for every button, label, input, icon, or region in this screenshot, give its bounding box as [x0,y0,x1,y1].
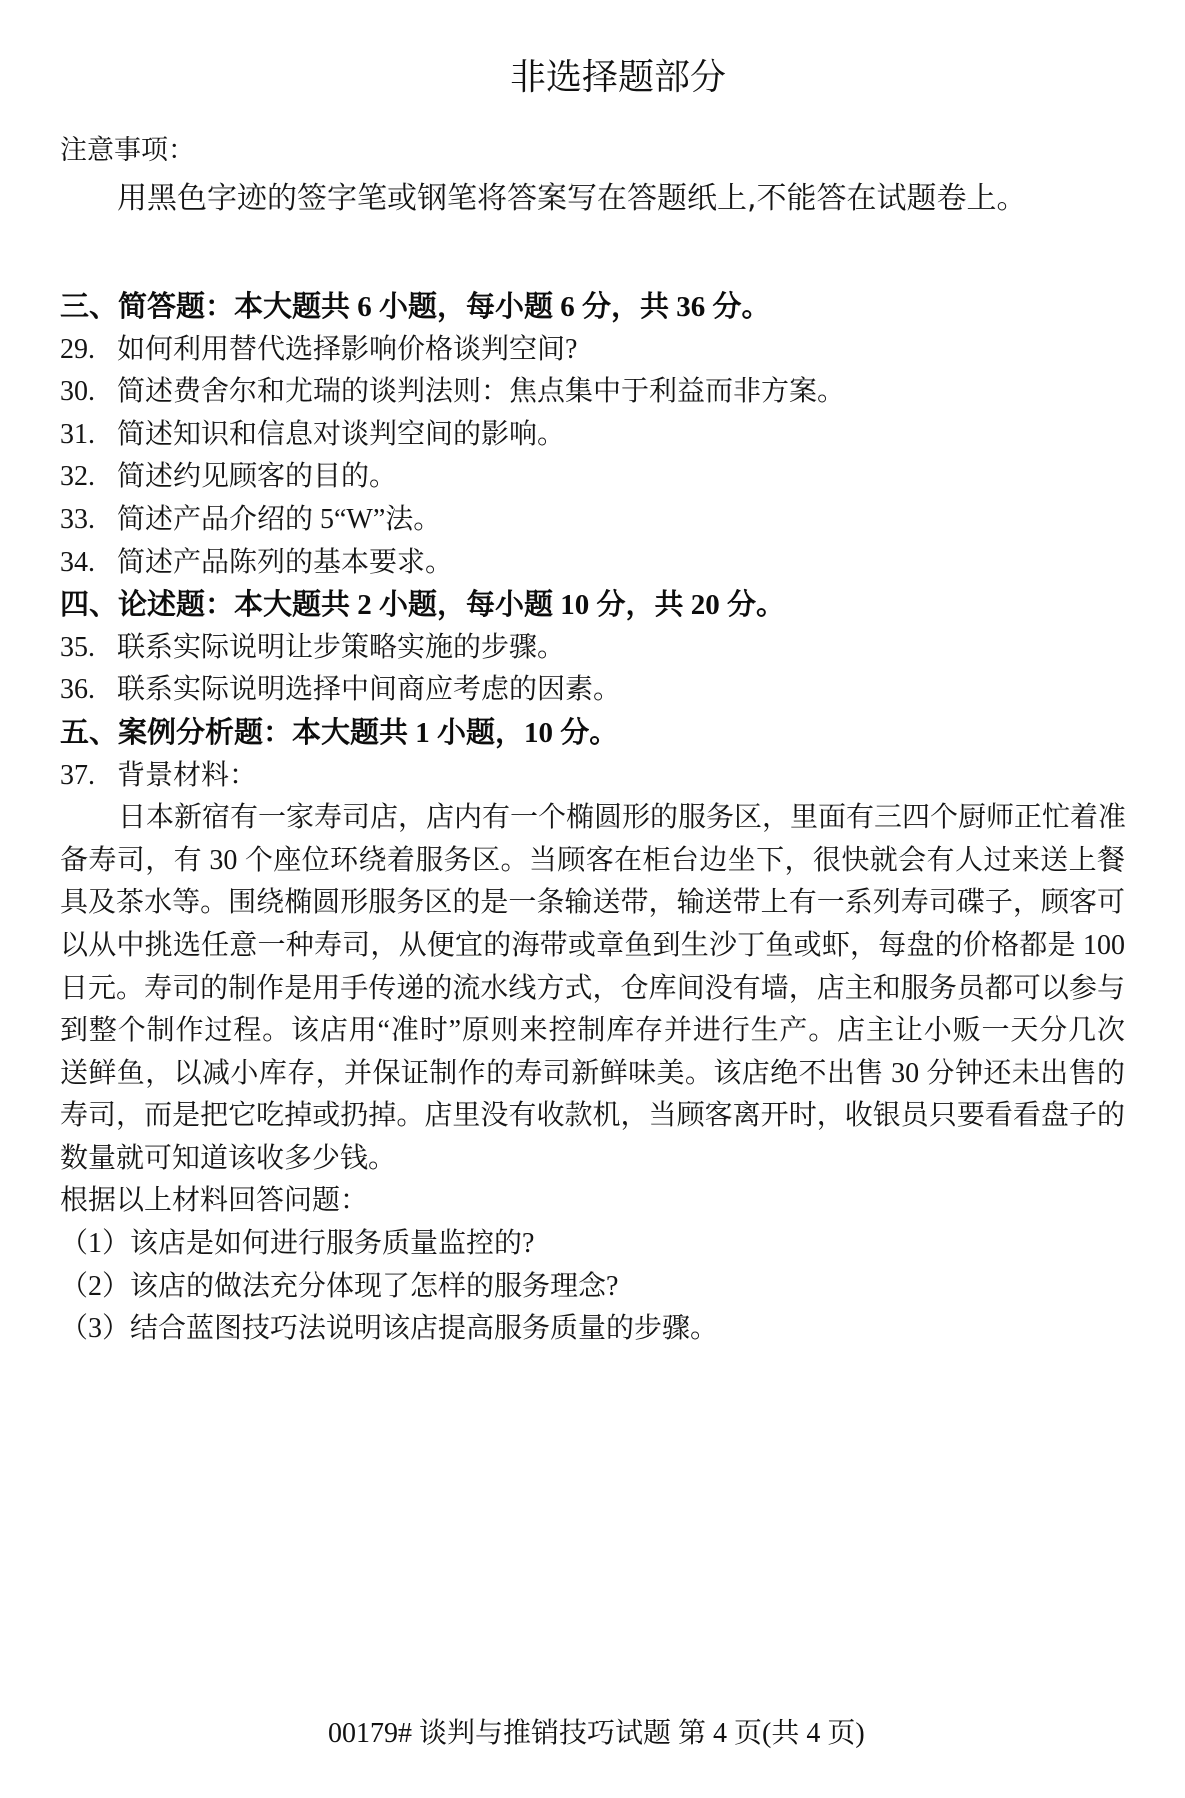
question-29: 29.如何利用替代选择影响价格谈判空间? [60,329,1125,372]
sub-question-3: （3）结合蓝图技巧法说明该店提高服务质量的步骤。 [60,1308,1125,1351]
question-number: 31. [60,414,117,457]
case-line: 数量就可知道该收多少钱。 [60,1138,1125,1181]
question-31: 31.简述知识和信息对谈判空间的影响。 [60,414,1125,457]
sub-question-label: （1） [60,1228,130,1259]
question-number: 35. [60,627,117,670]
question-number: 29. [60,329,117,372]
question-37: 37.背景材料： [60,755,1125,798]
sub-question-text: 该店是如何进行服务质量监控的? [130,1228,534,1259]
notice-text: 用黑色字迹的签字笔或钢笔将答案写在答题纸上,不能答在试题卷上。 [60,175,1125,223]
case-line: 日元。寿司的制作是用手传递的流水线方式，仓库间没有墙，店主和服务员都可以参与 [60,968,1125,1011]
question-35: 35.联系实际说明让步策略实施的步骤。 [60,627,1125,670]
question-number: 36. [60,669,117,712]
case-line: 寿司，而是把它吃掉或扔掉。店里没有收款机，当顾客离开时，收银员只要看看盘子的 [60,1095,1125,1138]
page-title: 非选择题部分 [510,58,726,98]
case-line: 备寿司，有 30 个座位环绕着服务区。当顾客在柜台边坐下，很快就会有人过来送上餐 [60,840,1125,883]
question-text: 简述费舍尔和尤瑞的谈判法则：焦点集中于利益而非方案。 [117,376,845,407]
question-text: 背景材料： [117,760,257,791]
case-line: 以从中挑选任意一种寿司，从便宜的海带或章鱼到生沙丁鱼或虾，每盘的价格都是 100 [60,925,1125,968]
question-33: 33.简述产品介绍的 5“W”法。 [60,499,1125,542]
sub-question-text: 该店的做法充分体现了怎样的服务理念? [130,1271,618,1302]
question-text: 简述产品陈列的基本要求。 [117,547,453,578]
notice-heading: 注意事项： [60,127,1125,175]
case-line: 到整个制作过程。该店用“准时”原则来控制库存并进行生产。店主让小贩一天分几次 [60,1010,1125,1053]
question-text: 简述产品介绍的 5“W”法。 [117,504,441,535]
sub-question-2: （2）该店的做法充分体现了怎样的服务理念? [60,1266,1125,1309]
question-text: 简述约见顾客的目的。 [117,461,397,492]
questions-body: 三、简答题：本大题共 6 小题，每小题 6 分，共 36 分。 29.如何利用替… [60,286,1125,1351]
notice-block: 注意事项： 用黑色字迹的签字笔或钢笔将答案写在答题纸上,不能答在试题卷上。 [60,127,1125,223]
case-line: 日本新宿有一家寿司店，店内有一个椭圆形的服务区，里面有三四个厨师正忙着准 [60,797,1125,840]
sub-question-1: （1）该店是如何进行服务质量监控的? [60,1223,1125,1266]
question-34: 34.简述产品陈列的基本要求。 [60,542,1125,585]
sub-question-label: （3） [60,1313,130,1344]
question-32: 32.简述约见顾客的目的。 [60,456,1125,499]
sub-question-text: 结合蓝图技巧法说明该店提高服务质量的步骤。 [130,1313,718,1344]
case-paragraph: 日本新宿有一家寿司店，店内有一个椭圆形的服务区，里面有三四个厨师正忙着准 备寿司… [60,797,1125,1180]
page-footer: 00179# 谈判与推销技巧试题 第 4 页(共 4 页) [328,1714,865,1754]
section-heading-essay: 四、论述题：本大题共 2 小题，每小题 10 分，共 20 分。 [60,584,1125,627]
sub-question-label: （2） [60,1271,130,1302]
question-text: 如何利用替代选择影响价格谈判空间? [117,334,577,365]
question-number: 30. [60,371,117,414]
question-number: 32. [60,456,117,499]
question-number: 33. [60,499,117,542]
exam-page: 非选择题部分 注意事项： 用黑色字迹的签字笔或钢笔将答案写在答题纸上,不能答在试… [0,0,1185,1798]
case-line: 具及茶水等。围绕椭圆形服务区的是一条输送带，输送带上有一系列寿司碟子，顾客可 [60,882,1125,925]
question-text: 简述知识和信息对谈判空间的影响。 [117,419,565,450]
question-number: 34. [60,542,117,585]
question-30: 30.简述费舍尔和尤瑞的谈判法则：焦点集中于利益而非方案。 [60,371,1125,414]
section-heading-short-answer: 三、简答题：本大题共 6 小题，每小题 6 分，共 36 分。 [60,286,1125,329]
question-36: 36.联系实际说明选择中间商应考虑的因素。 [60,669,1125,712]
section-heading-case-analysis: 五、案例分析题：本大题共 1 小题，10 分。 [60,712,1125,755]
question-number: 37. [60,755,117,798]
question-text: 联系实际说明选择中间商应考虑的因素。 [117,674,621,705]
question-text: 联系实际说明让步策略实施的步骤。 [117,632,565,663]
case-prompt: 根据以上材料回答问题： [60,1180,1125,1223]
case-line: 送鲜鱼，以减小库存，并保证制作的寿司新鲜味美。该店绝不出售 30 分钟还未出售的 [60,1053,1125,1096]
